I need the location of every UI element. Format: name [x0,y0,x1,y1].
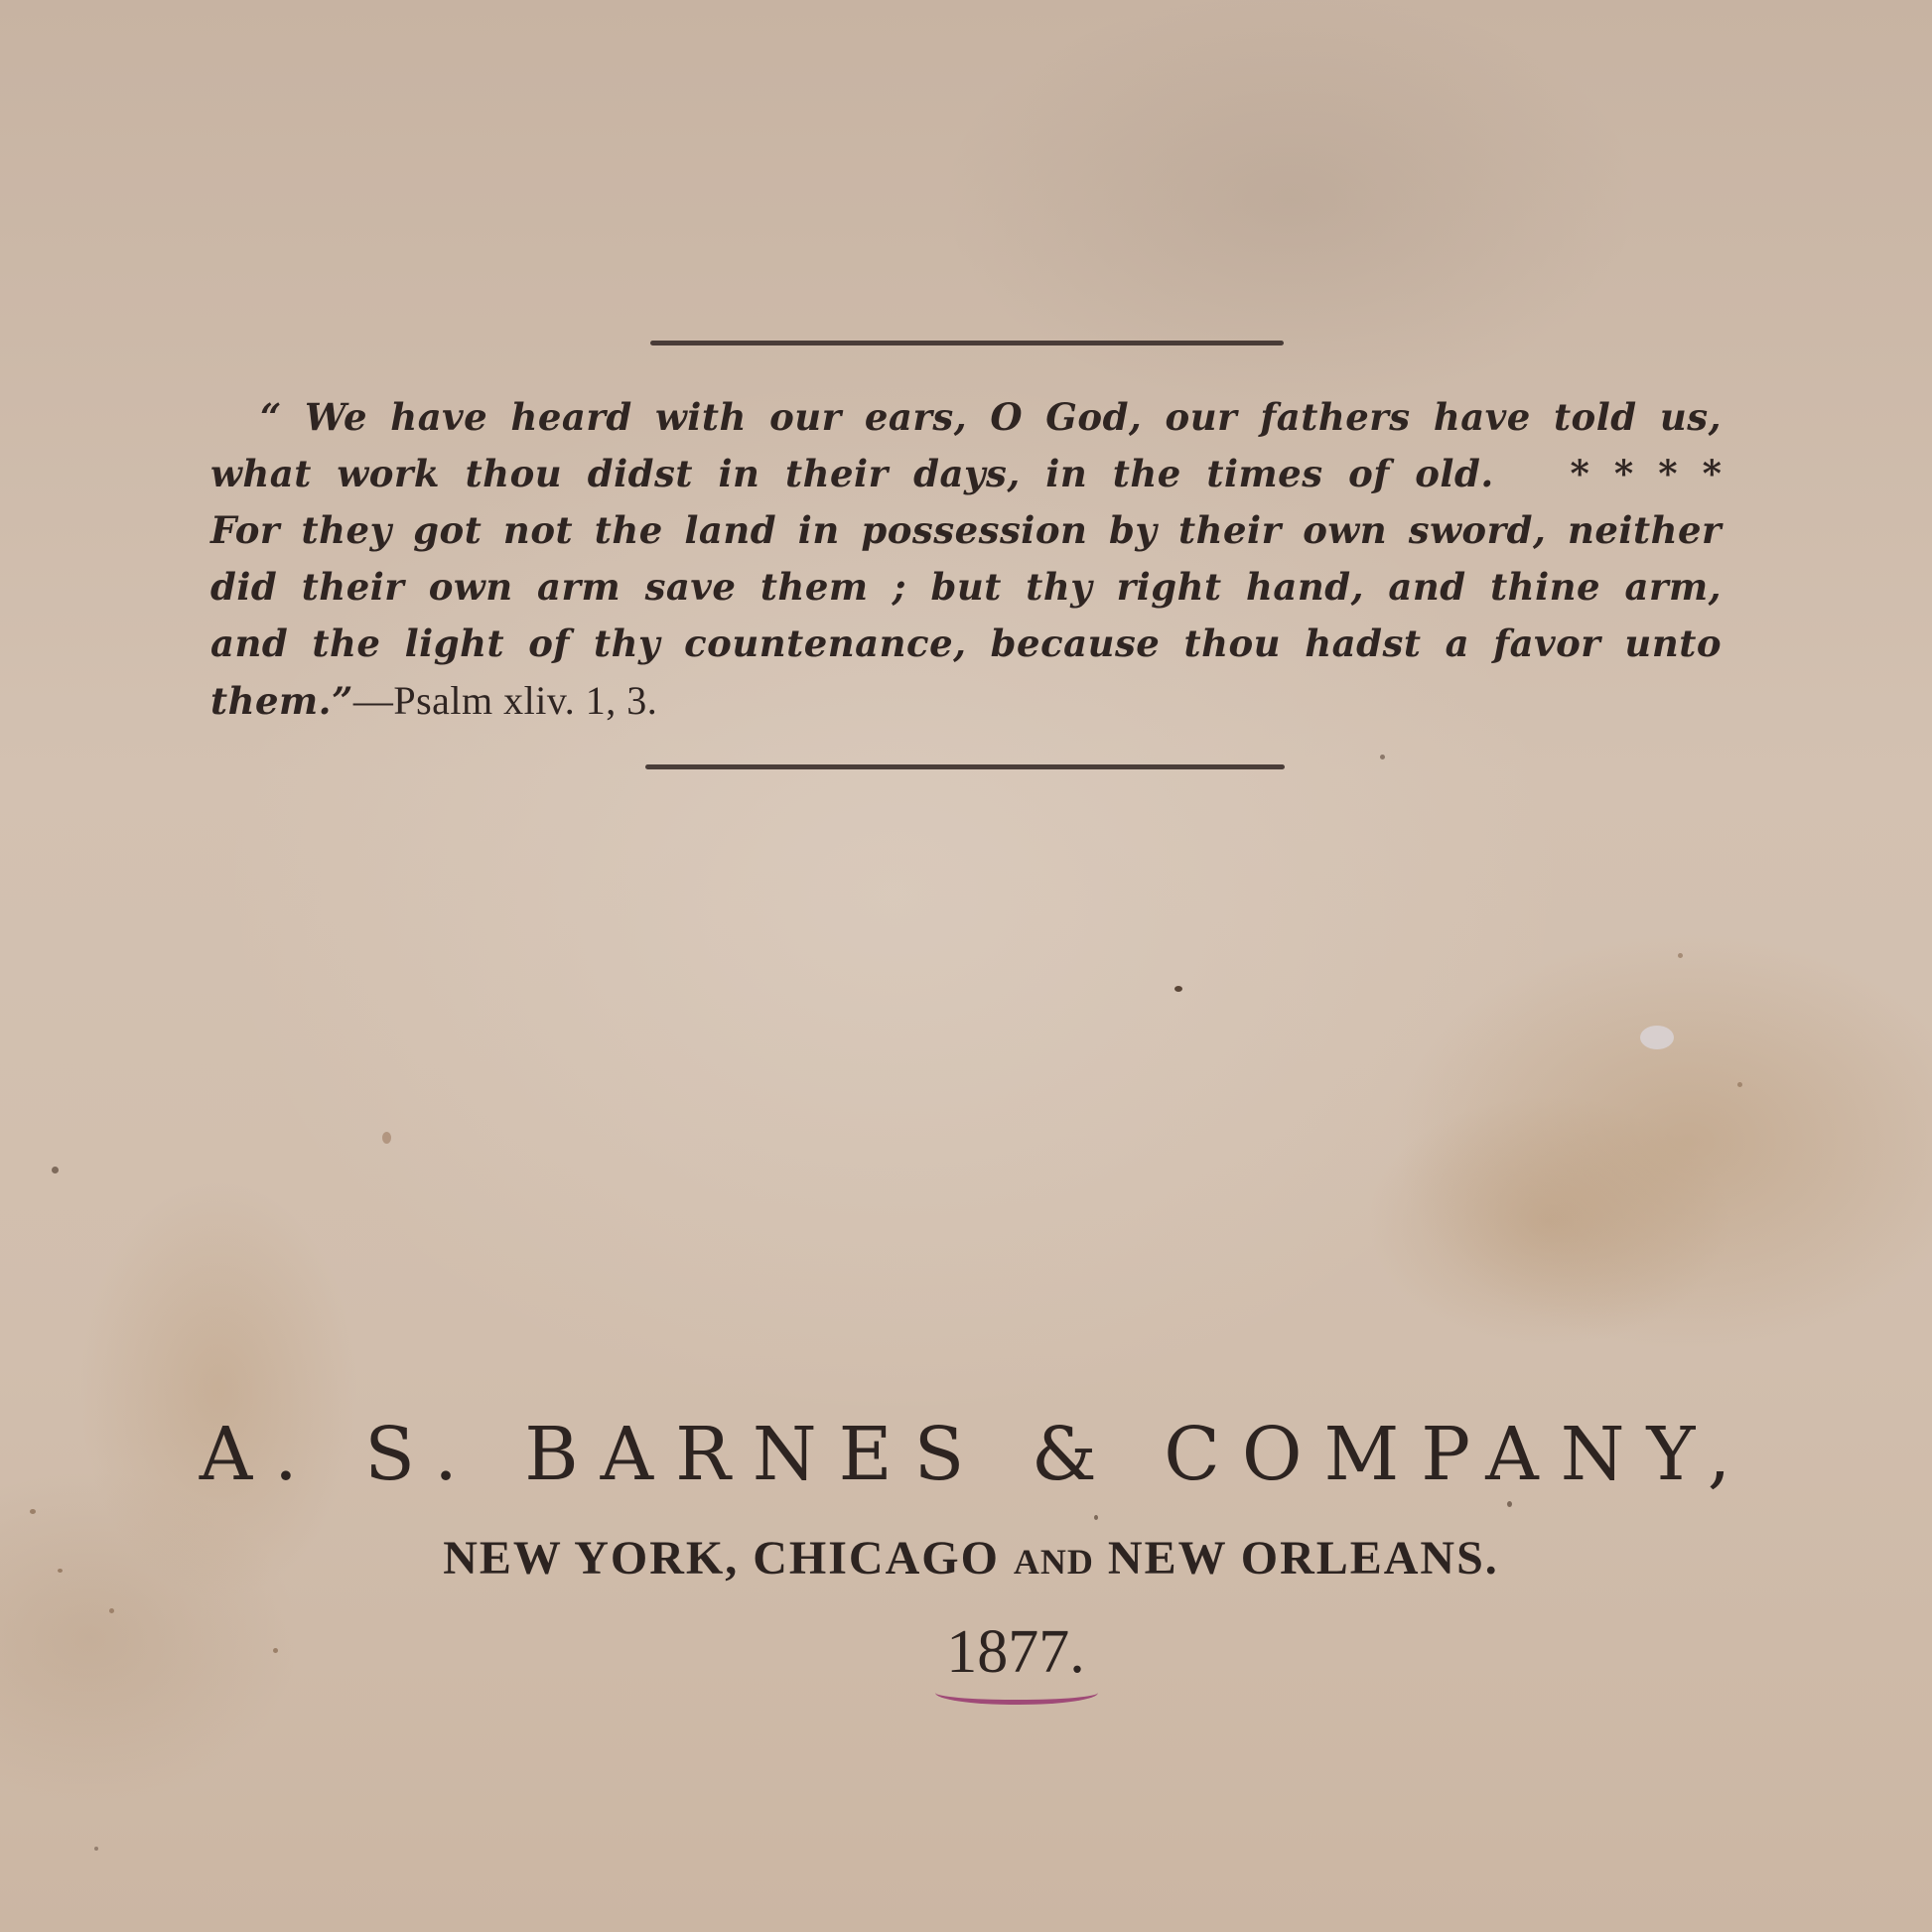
paper-speck [1094,1515,1098,1520]
epigraph-line-4: did their own arm save them ; but thy ri… [210,559,1722,616]
paper-speck [1507,1501,1512,1507]
paper-scuff-mark [1640,1026,1674,1049]
publisher-name: A. S. BARNES & COMPANY, [10,1410,1932,1499]
paper-speck [1174,986,1182,992]
epigraph-line-3: For they got not the land in possession … [210,502,1722,559]
epigraph-line-5: and the light of thy countenance, becaus… [210,616,1722,672]
paper-speck [58,1569,63,1573]
bottom-rule-divider [645,764,1285,769]
paper-speck [94,1847,98,1851]
paper-speck [382,1132,391,1144]
paper-speck [30,1509,36,1514]
epigraph-line-1: “ We have heard with our ears, O God, ou… [210,389,1722,446]
scripture-citation: —Psalm xliv. 1, 3. [353,678,657,723]
paper-speck [109,1608,114,1613]
handwritten-underline-mark [935,1690,1098,1705]
epigraph-line-6: them.”—Psalm xliv. 1, 3. [210,672,1722,729]
paper-speck [1380,755,1385,759]
paper-speck [1678,953,1683,958]
ellipsis-stars: * * * * [1570,452,1722,495]
publisher-cities: NEW YORK, CHICAGO AND NEW ORLEANS. [5,1529,1932,1591]
book-page: “ We have heard with our ears, O God, ou… [0,0,1932,1932]
paper-speck [1737,1082,1742,1087]
paper-speck [273,1648,278,1653]
cities-part-2: NEW ORLEANS. [1108,1532,1499,1585]
paper-speck [52,1167,59,1173]
cities-and: AND [1014,1542,1094,1582]
cities-part-1: NEW YORK, CHICAGO [443,1532,1000,1585]
epigraph-quotation: “ We have heard with our ears, O God, ou… [210,389,1722,729]
epigraph-line-2: what work thou didst in their days, in t… [210,446,1722,502]
top-rule-divider [650,341,1284,345]
publication-year: 1877. [50,1616,1932,1688]
